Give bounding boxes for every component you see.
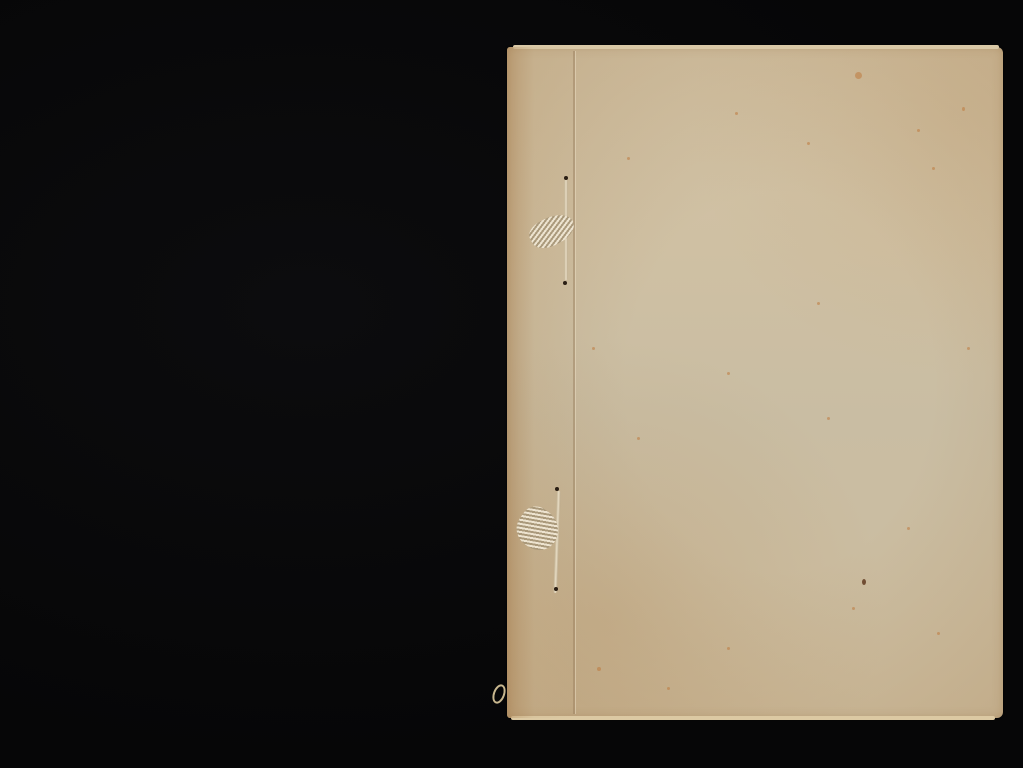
spine-strip (507, 47, 575, 718)
foxing-spot (932, 167, 935, 170)
foxing-spot (807, 142, 810, 145)
foxing-spot (592, 347, 595, 350)
foxing-spot (637, 437, 640, 440)
book-cover (507, 47, 1003, 718)
binding-hole-icon (554, 587, 558, 591)
foxing-spot (917, 129, 920, 132)
book-bottom-edge (511, 716, 995, 720)
loose-thread-loop-icon (490, 683, 508, 706)
foxing-spot (862, 579, 866, 585)
scan-background (0, 0, 1023, 768)
foxing-spot (727, 647, 730, 650)
foxing-spot (817, 302, 820, 305)
foxing-spot (727, 372, 730, 375)
foxing-spot (627, 157, 630, 160)
foxing-spot (852, 607, 855, 610)
foxing-spot (597, 667, 601, 671)
foxing-spot (667, 687, 670, 690)
spine-fold-line (573, 51, 575, 714)
foxing-spot (937, 632, 940, 635)
book-top-edge (513, 45, 999, 49)
foxing-spot (855, 72, 862, 79)
binding-hole-icon (563, 281, 567, 285)
foxing-spot (827, 417, 830, 420)
foxing-spot (967, 347, 970, 350)
foxing-spot (962, 107, 965, 111)
foxing-spot (735, 112, 738, 115)
foxing-spot (907, 527, 910, 530)
